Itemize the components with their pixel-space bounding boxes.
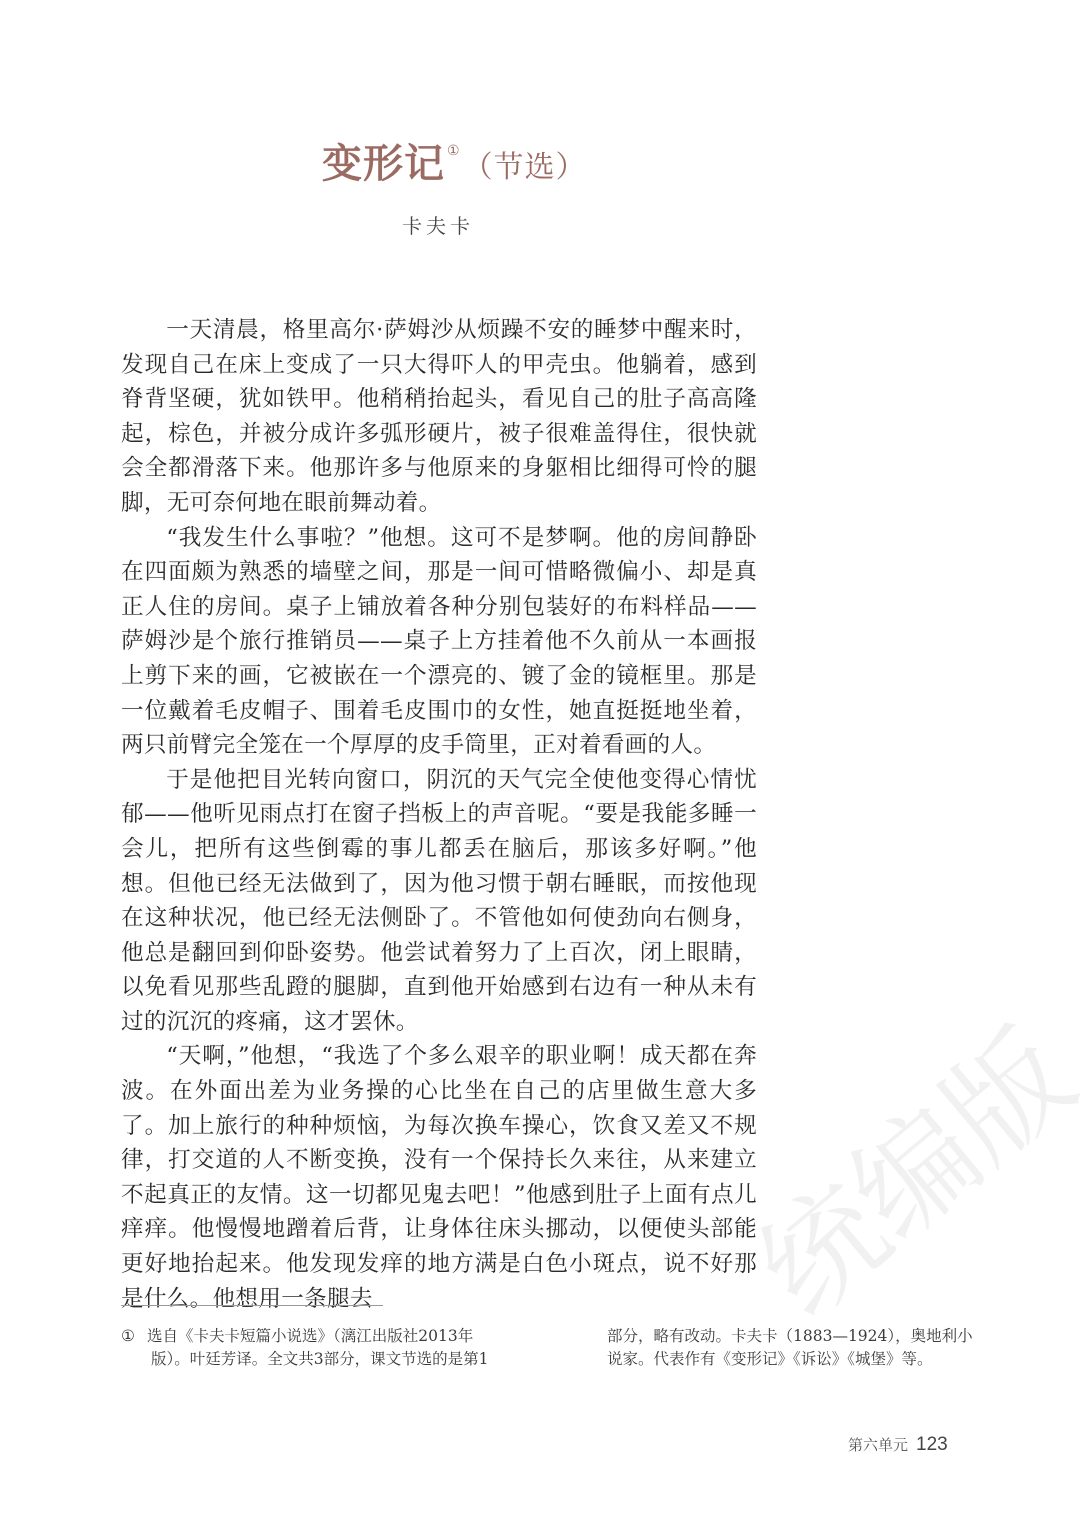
footnote-right-column: 部分，略有改动。卡夫卡（1883—1924），奥地利小说家。代表作有《变形记》《… (607, 1325, 987, 1371)
page-number: 123 (916, 1434, 948, 1455)
author: 卡夫卡 (402, 210, 474, 239)
paragraph: “天啊，”他想，“我选了个多么艰辛的职业啊！成天都在奔波。在外面出差为业务操的心… (121, 1039, 757, 1316)
footnote-left-column: ①选自《卡夫卡短篇小说选》（漓江出版社2013年 版）。叶廷芳译。全文共3部分，… (121, 1325, 521, 1371)
footnote-line-1: 选自《卡夫卡短篇小说选》（漓江出版社2013年 (147, 1327, 473, 1345)
unit-label: 第六单元 (848, 1436, 908, 1454)
article-body: 一天清晨，格里高尔·萨姆沙从烦躁不安的睡梦中醒来时，发现自己在床上变成了一只大得… (121, 313, 757, 1316)
title-footnote-mark[interactable]: ① (447, 143, 461, 159)
footnote-divider (121, 1305, 383, 1306)
footnote-line-2: 版）。叶廷芳译。全文共3部分，课文节选的是第1 (121, 1348, 521, 1371)
title-subtitle: （节选） (463, 150, 587, 185)
footnote-mark: ① (121, 1325, 147, 1348)
paragraph: 一天清晨，格里高尔·萨姆沙从烦躁不安的睡梦中醒来时，发现自己在床上变成了一只大得… (121, 313, 757, 521)
page-footer: 第六单元123 (848, 1434, 948, 1456)
page-title: 变形记①（节选） (322, 132, 587, 192)
paragraph: “我发生什么事啦？”他想。这可不是梦啊。他的房间静卧在四面颇为熟悉的墙壁之间，那… (121, 521, 757, 763)
paragraph: 于是他把目光转向窗口，阴沉的天气完全使他变得心情忧郁——他听见雨点打在窗子挡板上… (121, 763, 757, 1040)
watermark: 统编版 (717, 984, 1080, 1347)
title-main: 变形记 (322, 140, 445, 187)
